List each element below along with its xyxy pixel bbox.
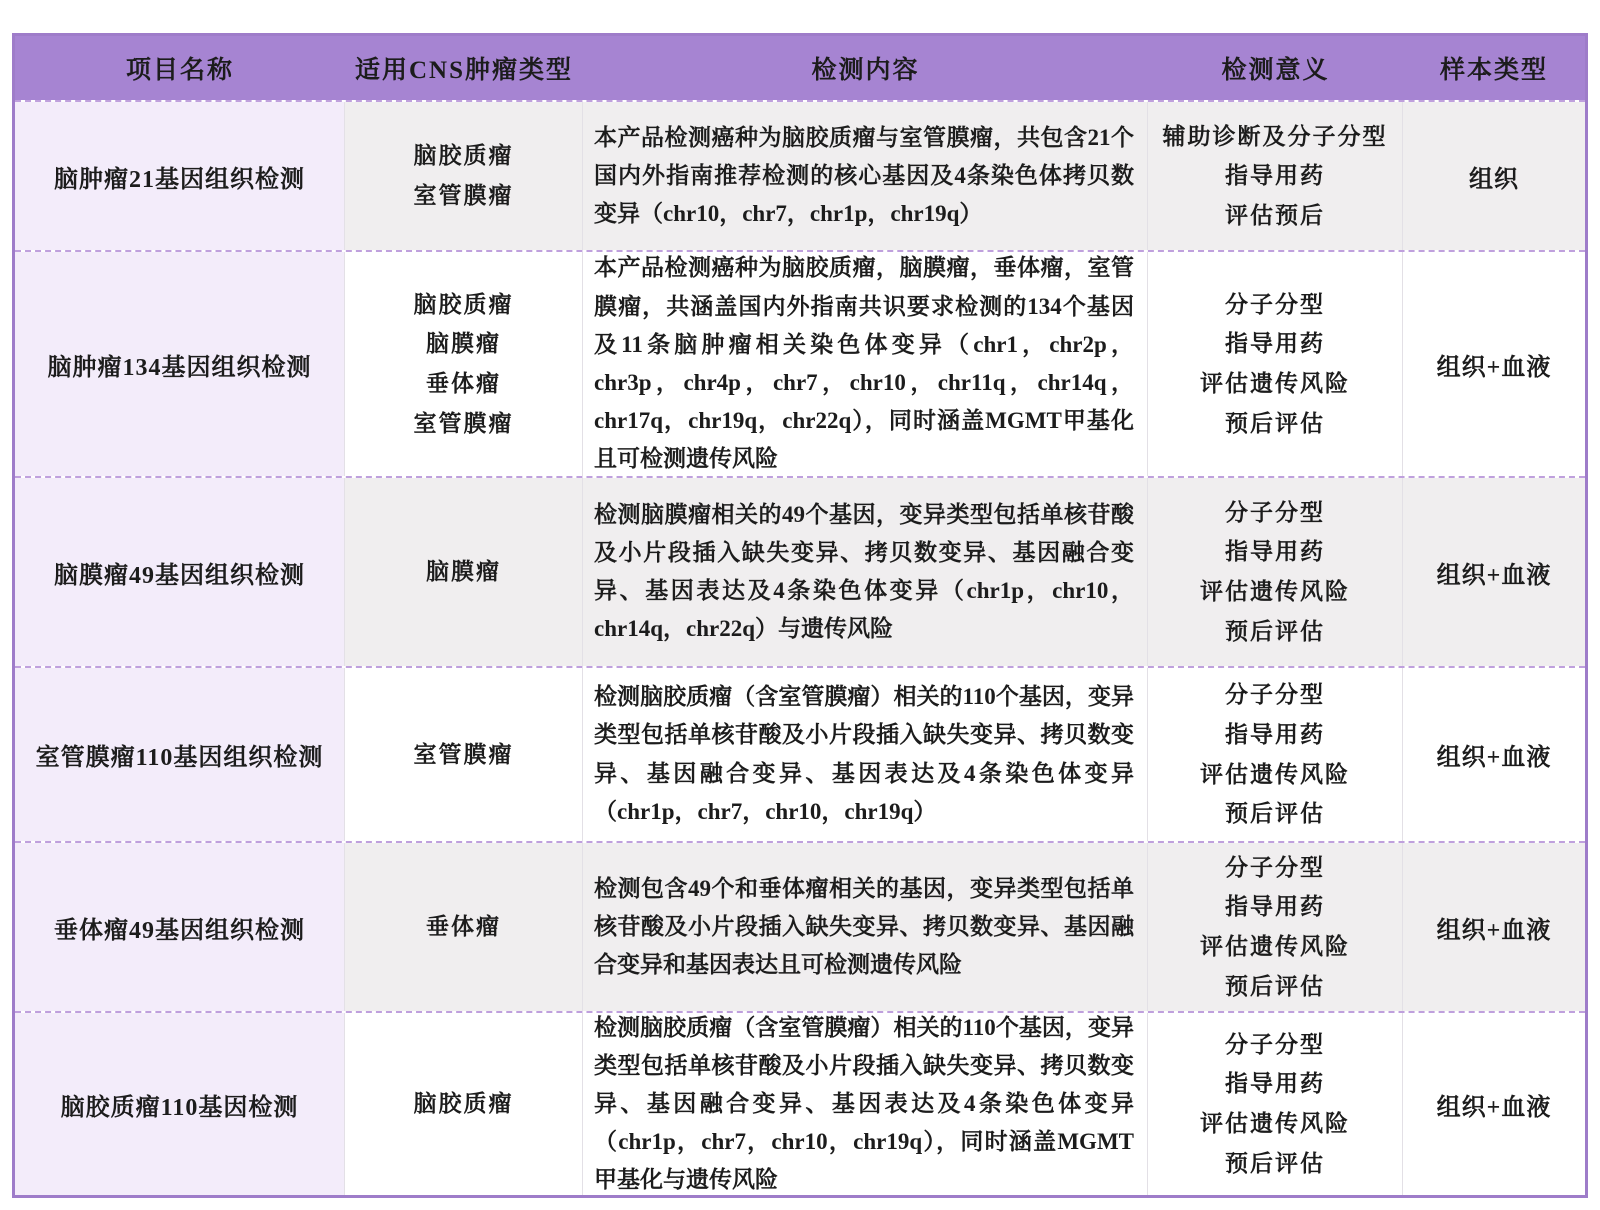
header-cell-sample-type: 样本类型 bbox=[1403, 36, 1585, 100]
tumor-type: 脑膜瘤 bbox=[426, 324, 501, 364]
test-content-cell: 检测包含49个和垂体瘤相关的基因，变异类型包括单核苷酸及小片段插入缺失变异、拷贝… bbox=[583, 843, 1148, 1011]
test-content-text: 检测脑胶质瘤（含室管膜瘤）相关的110个基因，变异类型包括单核苷酸及小片段插入缺… bbox=[594, 678, 1134, 831]
tumor-type: 脑胶质瘤 bbox=[414, 285, 514, 325]
significance-item: 预后评估 bbox=[1225, 612, 1325, 652]
header-cell-cns-tumor-type: 适用CNS肿瘤类型 bbox=[345, 36, 583, 100]
test-content-cell: 检测脑胶质瘤（含室管膜瘤）相关的110个基因，变异类型包括单核苷酸及小片段插入缺… bbox=[583, 668, 1148, 841]
table-row: 脑膜瘤49基因组织检测 脑膜瘤 检测脑膜瘤相关的49个基因，变异类型包括单核苷酸… bbox=[15, 476, 1585, 666]
significance-item: 评估遗传风险 bbox=[1200, 927, 1350, 967]
project-name: 脑肿瘤21基因组织检测 bbox=[54, 159, 305, 194]
tumor-types-cell: 脑膜瘤 bbox=[345, 478, 583, 666]
significance-item: 指导用药 bbox=[1225, 715, 1325, 755]
tumor-type: 脑胶质瘤 bbox=[414, 1084, 514, 1124]
project-name: 室管膜瘤110基因组织检测 bbox=[36, 737, 324, 772]
test-content-cell: 本产品检测癌种为脑胶质瘤与室管膜瘤，共包含21个国内外指南推荐检测的核心基因及4… bbox=[583, 102, 1148, 250]
significance-item: 指导用药 bbox=[1225, 887, 1325, 927]
significance-cell: 辅助诊断及分子分型指导用药评估预后 bbox=[1148, 102, 1403, 250]
significance-item: 预后评估 bbox=[1225, 404, 1325, 444]
page: 项目名称 适用CNS肿瘤类型 检测内容 检测意义 样本类型 脑肿瘤21基因组织检… bbox=[0, 0, 1600, 1210]
project-name-cell: 垂体瘤49基因组织检测 bbox=[15, 843, 345, 1011]
project-name: 脑胶质瘤110基因检测 bbox=[61, 1087, 299, 1122]
significance-cell: 分子分型指导用药评估遗传风险预后评估 bbox=[1148, 1013, 1403, 1195]
significance-cell: 分子分型指导用药评估遗传风险预后评估 bbox=[1148, 843, 1403, 1011]
project-name: 脑肿瘤134基因组织检测 bbox=[48, 347, 312, 382]
sample-type-cell: 组织 bbox=[1403, 102, 1585, 250]
project-name: 垂体瘤49基因组织检测 bbox=[54, 910, 305, 945]
significance-item: 分子分型 bbox=[1225, 285, 1325, 325]
sample-type: 组织+血液 bbox=[1437, 1087, 1552, 1122]
test-content-cell: 检测脑膜瘤相关的49个基因，变异类型包括单核苷酸及小片段插入缺失变异、拷贝数变异… bbox=[583, 478, 1148, 666]
significance-item: 分子分型 bbox=[1225, 675, 1325, 715]
sample-type: 组织+血液 bbox=[1437, 737, 1552, 772]
tumor-type: 脑胶质瘤 bbox=[414, 136, 514, 176]
significance-item: 评估遗传风险 bbox=[1200, 364, 1350, 404]
project-name-cell: 脑肿瘤134基因组织检测 bbox=[15, 252, 345, 476]
tumor-type: 室管膜瘤 bbox=[414, 176, 514, 216]
significance-cell: 分子分型指导用药评估遗传风险预后评估 bbox=[1148, 478, 1403, 666]
significance-item: 评估遗传风险 bbox=[1200, 1104, 1350, 1144]
sample-type: 组织+血液 bbox=[1437, 347, 1552, 382]
tumor-type: 垂体瘤 bbox=[426, 364, 501, 404]
sample-type: 组织+血液 bbox=[1437, 910, 1552, 945]
project-name-cell: 脑肿瘤21基因组织检测 bbox=[15, 102, 345, 250]
tumor-type: 脑膜瘤 bbox=[426, 552, 501, 592]
table-row: 脑肿瘤21基因组织检测 脑胶质瘤室管膜瘤 本产品检测癌种为脑胶质瘤与室管膜瘤，共… bbox=[15, 100, 1585, 250]
test-content-text: 本产品检测癌种为脑胶质瘤，脑膜瘤，垂体瘤，室管膜瘤，共涵盖国内外指南共识要求检测… bbox=[594, 249, 1134, 478]
project-name-cell: 脑膜瘤49基因组织检测 bbox=[15, 478, 345, 666]
project-name: 脑膜瘤49基因组织检测 bbox=[54, 555, 305, 590]
significance-item: 预后评估 bbox=[1225, 794, 1325, 834]
significance-item: 预后评估 bbox=[1225, 967, 1325, 1007]
test-content-text: 检测包含49个和垂体瘤相关的基因，变异类型包括单核苷酸及小片段插入缺失变异、拷贝… bbox=[594, 870, 1134, 985]
significance-item: 评估预后 bbox=[1225, 196, 1325, 236]
significance-item: 预后评估 bbox=[1225, 1144, 1325, 1184]
header-row: 项目名称 适用CNS肿瘤类型 检测内容 检测意义 样本类型 bbox=[15, 36, 1585, 100]
tumor-types-cell: 脑胶质瘤脑膜瘤垂体瘤室管膜瘤 bbox=[345, 252, 583, 476]
significance-item: 指导用药 bbox=[1225, 1064, 1325, 1104]
tumor-type: 室管膜瘤 bbox=[414, 404, 514, 444]
tumor-types-cell: 脑胶质瘤室管膜瘤 bbox=[345, 102, 583, 250]
test-content-text: 本产品检测癌种为脑胶质瘤与室管膜瘤，共包含21个国内外指南推荐检测的核心基因及4… bbox=[594, 119, 1134, 234]
table-row: 脑肿瘤134基因组织检测 脑胶质瘤脑膜瘤垂体瘤室管膜瘤 本产品检测癌种为脑胶质瘤… bbox=[15, 250, 1585, 476]
header-cell-test-significance: 检测意义 bbox=[1148, 36, 1403, 100]
table-row: 脑胶质瘤110基因检测 脑胶质瘤 检测脑胶质瘤（含室管膜瘤）相关的110个基因，… bbox=[15, 1011, 1585, 1195]
header-cell-test-content: 检测内容 bbox=[583, 36, 1148, 100]
sample-type: 组织 bbox=[1469, 159, 1519, 194]
significance-item: 指导用药 bbox=[1225, 156, 1325, 196]
significance-cell: 分子分型指导用药评估遗传风险预后评估 bbox=[1148, 668, 1403, 841]
significance-item: 分子分型 bbox=[1225, 493, 1325, 533]
significance-cell: 分子分型指导用药评估遗传风险预后评估 bbox=[1148, 252, 1403, 476]
project-name-cell: 脑胶质瘤110基因检测 bbox=[15, 1013, 345, 1195]
gene-test-products-table: 项目名称 适用CNS肿瘤类型 检测内容 检测意义 样本类型 脑肿瘤21基因组织检… bbox=[12, 33, 1588, 1198]
test-content-cell: 本产品检测癌种为脑胶质瘤，脑膜瘤，垂体瘤，室管膜瘤，共涵盖国内外指南共识要求检测… bbox=[583, 252, 1148, 476]
significance-item: 辅助诊断及分子分型 bbox=[1163, 117, 1388, 157]
tumor-type: 垂体瘤 bbox=[426, 907, 501, 947]
sample-type-cell: 组织+血液 bbox=[1403, 1013, 1585, 1195]
project-name-cell: 室管膜瘤110基因组织检测 bbox=[15, 668, 345, 841]
table-row: 垂体瘤49基因组织检测 垂体瘤 检测包含49个和垂体瘤相关的基因，变异类型包括单… bbox=[15, 841, 1585, 1011]
header-cell-project-name: 项目名称 bbox=[15, 36, 345, 100]
sample-type-cell: 组织+血液 bbox=[1403, 843, 1585, 1011]
tumor-types-cell: 脑胶质瘤 bbox=[345, 1013, 583, 1195]
sample-type-cell: 组织+血液 bbox=[1403, 478, 1585, 666]
significance-item: 评估遗传风险 bbox=[1200, 572, 1350, 612]
tumor-type: 室管膜瘤 bbox=[414, 735, 514, 775]
sample-type-cell: 组织+血液 bbox=[1403, 668, 1585, 841]
sample-type: 组织+血液 bbox=[1437, 555, 1552, 590]
tumor-types-cell: 垂体瘤 bbox=[345, 843, 583, 1011]
sample-type-cell: 组织+血液 bbox=[1403, 252, 1585, 476]
test-content-text: 检测脑膜瘤相关的49个基因，变异类型包括单核苷酸及小片段插入缺失变异、拷贝数变异… bbox=[594, 496, 1134, 649]
significance-item: 分子分型 bbox=[1225, 848, 1325, 888]
significance-item: 指导用药 bbox=[1225, 532, 1325, 572]
test-content-cell: 检测脑胶质瘤（含室管膜瘤）相关的110个基因，变异类型包括单核苷酸及小片段插入缺… bbox=[583, 1013, 1148, 1195]
test-content-text: 检测脑胶质瘤（含室管膜瘤）相关的110个基因，变异类型包括单核苷酸及小片段插入缺… bbox=[594, 1009, 1134, 1200]
significance-item: 评估遗传风险 bbox=[1200, 755, 1350, 795]
significance-item: 分子分型 bbox=[1225, 1025, 1325, 1065]
significance-item: 指导用药 bbox=[1225, 324, 1325, 364]
table-row: 室管膜瘤110基因组织检测 室管膜瘤 检测脑胶质瘤（含室管膜瘤）相关的110个基… bbox=[15, 666, 1585, 841]
tumor-types-cell: 室管膜瘤 bbox=[345, 668, 583, 841]
